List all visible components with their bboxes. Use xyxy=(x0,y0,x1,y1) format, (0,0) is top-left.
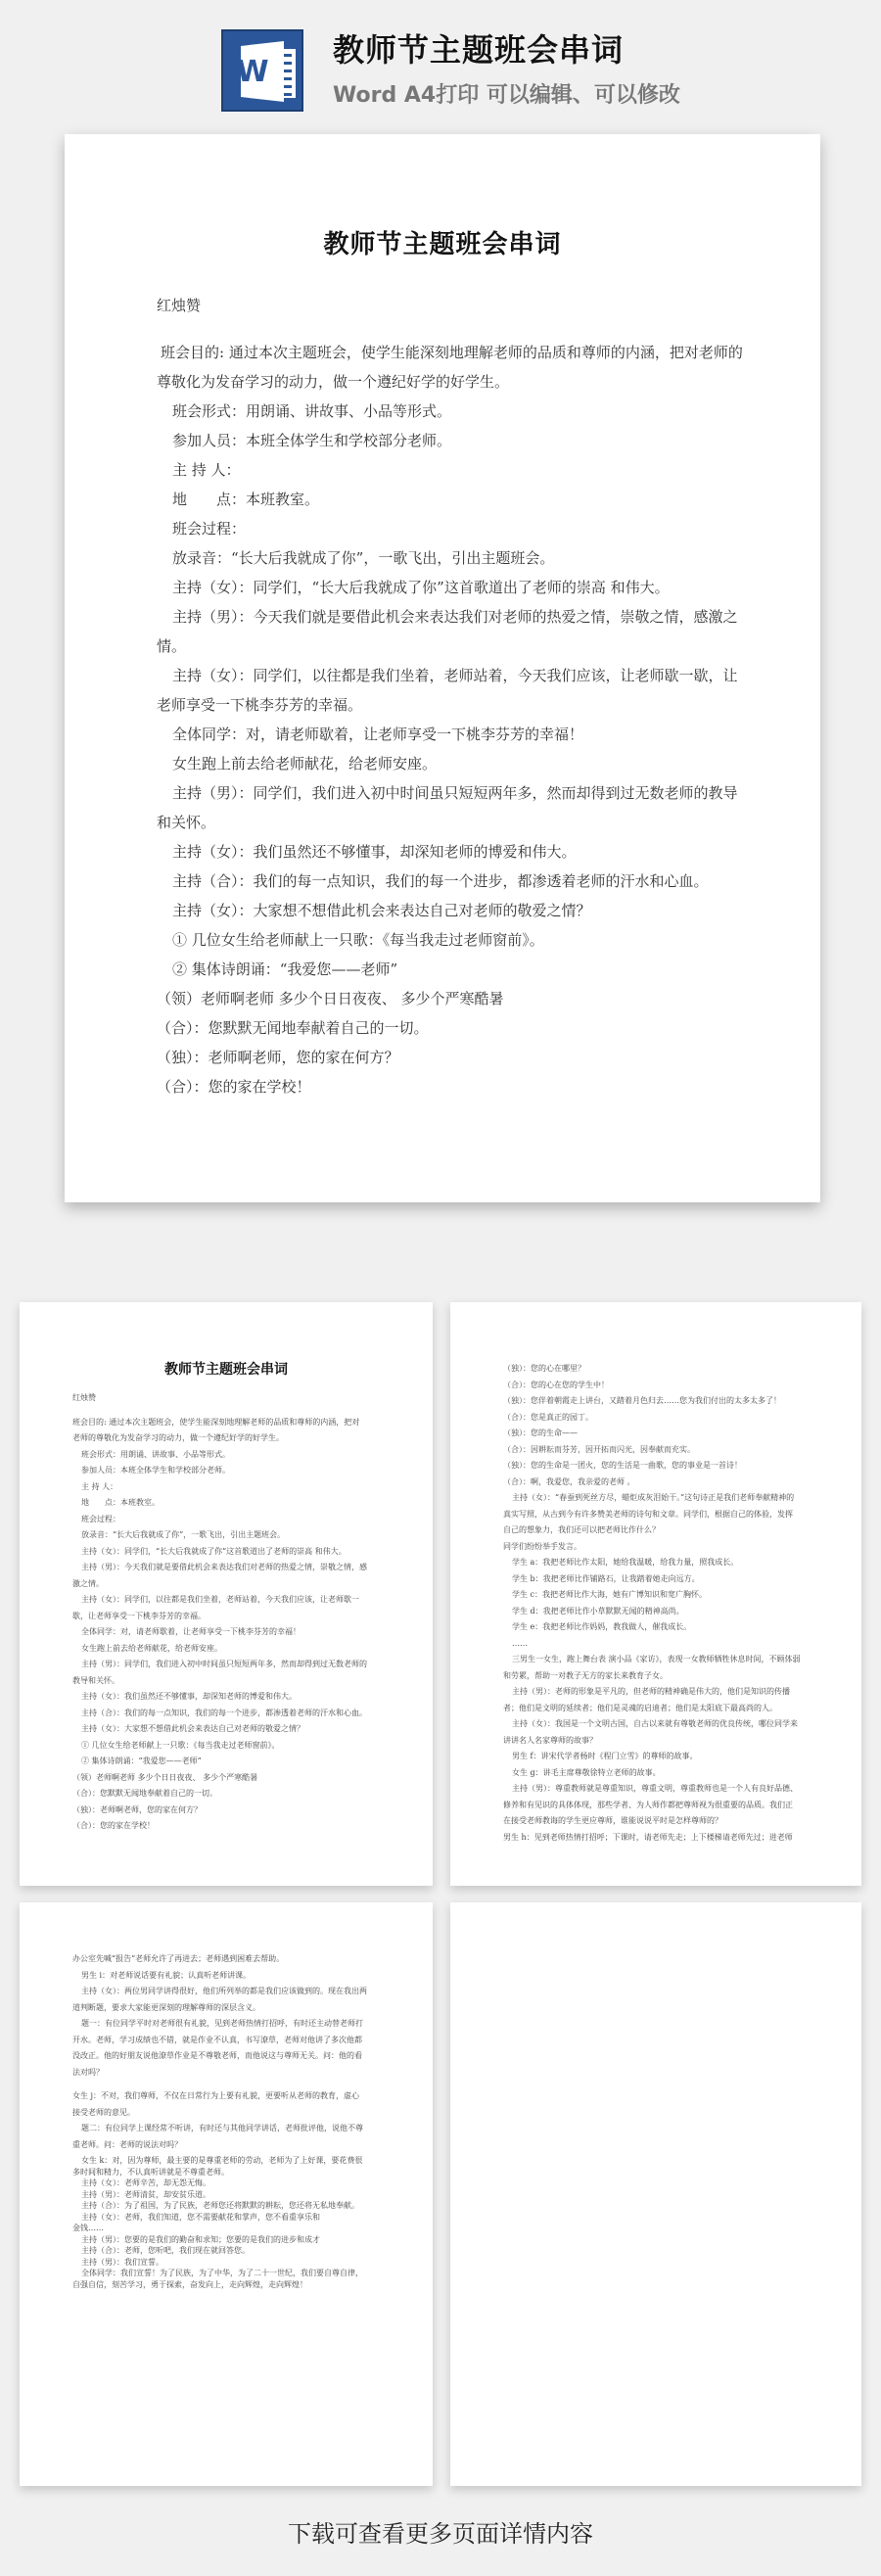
thumbnail-line: （独）：您伴着朝霞走上讲台，又踏着月色归去……您为我们付出的太多太多了！ xyxy=(503,1393,812,1410)
word-letter-icon: W xyxy=(233,51,272,94)
thumbnail-line: 没改正。他的好朋友说他潦草作业是不尊敬老师，而他说这与尊师无关。问：他的看 xyxy=(72,2048,382,2065)
thumbnail-line: 学生 c：我把老师比作大海，她有广博知识和宽广胸怀。 xyxy=(503,1587,812,1604)
thumbnail-line: 在接受老师教诲的学生更应尊师，谁能说说平时是怎样尊师的？ xyxy=(503,1813,812,1830)
header-title: 教师节主题班会串词 xyxy=(333,25,624,70)
document-page-preview: 教师节主题班会串词 红烛赞 班会目的: 通过本次主题班会，使学生能深刻地理解老师… xyxy=(65,134,820,1202)
thumbnail-line: 主持（女）：老师辛苦，却无怨无悔。 xyxy=(72,2178,382,2189)
thumbnail-line: 教导和关怀。 xyxy=(72,1673,382,1690)
paragraph: 主 持 人： xyxy=(157,455,744,485)
thumbnail-line: 女生 g：讲毛主席尊敬徐特立老师的故事。 xyxy=(503,1765,812,1782)
thumbnail-line: 放录音：“长大后我就成了你”，一歌飞出，引出主题班会。 xyxy=(72,1527,382,1544)
paragraph: 主持（男）：今天我们就是要借此机会来表达我们对老师的热爱之情，崇敬之情，感激之情… xyxy=(157,602,744,661)
paragraph: 班会目的: 通过本次主题班会，使学生能深刻地理解老师的品质和尊师的内涵，把对老师… xyxy=(157,338,744,397)
thumbnail-line: 自己的想象力，我们还可以把老师比作什么？ xyxy=(503,1522,812,1539)
page-thumbnail-4[interactable] xyxy=(450,1902,861,2486)
paragraph: （合）：您默默无闻地奉献着自己的一切。 xyxy=(157,1013,744,1043)
thumbnail-line: 男生 h：见到老师热情打招呼；下课时，请老师先走；上下楼梯请老师先过；进老师 xyxy=(503,1830,812,1847)
page-thumbnail-3[interactable]: 办公室先喊“报告”老师允许了再进去；老师遇到困难去帮助。 男生 i：对老师说话要… xyxy=(20,1902,433,2486)
thumbnail-line: 学生 b：我把老师比作铺路石，让我踏着她走向远方。 xyxy=(503,1571,812,1588)
thumbnail-line: 主持（女）：同学们，“长大后我就成了你”这首歌道出了老师的崇高 和伟大。 xyxy=(72,1544,382,1561)
thumbnail-line: 班会目的: 通过本次主题班会，使学生能深刻地理解老师的品质和尊师的内涵，把对 xyxy=(72,1415,382,1431)
thumbnail-line: ① 几位女生给老师献上一只歌：《每当我走过老师窗前》。 xyxy=(72,1738,382,1755)
thumbnail-line: 男生 i：对老师说话要有礼貌；认真听老师讲课。 xyxy=(72,1968,382,1985)
thumbnail-line: （独）：您的生命是一团火，您的生活是一曲歌，您的事业是一首诗！ xyxy=(503,1458,812,1475)
thumbnail-line: 主持（女）：两位男同学讲得很好，他们所列举的都是我们应该做到的。现在我出两 xyxy=(72,1984,382,2000)
thumbnail-line: 参加人员：本班全体学生和学校部分老师。 xyxy=(72,1463,382,1479)
paragraph: （领）老师啊老师 多少个日日夜夜、 多少个严寒酷暑 xyxy=(157,984,744,1013)
paragraph: 放录音：“长大后我就成了你”，一歌飞出，引出主题班会。 xyxy=(157,543,744,573)
thumbnail-line: （合）：您的心在您的学生中！ xyxy=(503,1378,812,1394)
thumbnail-line: 学生 a：我把老师比作太阳，她给我温暖，给我力量，照我成长。 xyxy=(503,1555,812,1571)
header-subtitle: Word A4打印 可以编辑、可以修改 xyxy=(333,78,680,109)
document-title: 教师节主题班会串词 xyxy=(65,224,820,260)
thumbnail-line: 和劳累，帮助一对教子无方的家长来教育子女。 xyxy=(503,1668,812,1685)
header-banner: W 教师节主题班会串词 Word A4打印 可以编辑、可以修改 xyxy=(0,0,881,127)
thumbnail-line: 老师的尊敬化为发奋学习的动力，做一个遵纪好学的好学生。 xyxy=(72,1430,382,1447)
thumbnail-line: 修养和有见识的具体体现，那些学者、为人师作都把尊师视为很重要的品质。我们正 xyxy=(503,1798,812,1814)
paragraph: 参加人员：本班全体学生和学校部分老师。 xyxy=(157,426,744,455)
page-thumbnail-2[interactable]: （独）：您的心在哪里？ （合）：您的心在您的学生中！ （独）：您伴着朝霞走上讲台… xyxy=(450,1302,861,1886)
paragraph: 主持（合）：我们的每一点知识，我们的每一个进步，都渗透着老师的汗水和心血。 xyxy=(157,866,744,896)
paragraph: 主持（女）：我们虽然还不够懂事，却深知老师的博爱和伟大。 xyxy=(157,837,744,866)
thumbnail-line: 讲讲名人名家尊师的故事？ xyxy=(503,1733,812,1750)
paragraph: 班会形式：用朗诵、讲故事、小品等形式。 xyxy=(157,397,744,426)
paragraph: 主持（女）：同学们，“长大后我就成了你”这首歌道出了老师的崇高 和伟大。 xyxy=(157,573,744,602)
thumbnail-line: 地 点：本班教室。 xyxy=(72,1495,382,1512)
thumbnail-line: 主持（女）：“春蚕到死丝方尽，蜡炬成灰泪始干。”这句诗正是我们老师奉献精神的 xyxy=(503,1490,812,1507)
thumbnail-line: 重老师。问：老师的说法对吗？ xyxy=(72,2137,382,2154)
thumbnail-line: （独）：您的心在哪里？ xyxy=(503,1361,812,1378)
thumbnail-line: 法对吗？ xyxy=(72,2065,382,2082)
thumbnail-line: （合）：因耕耘而芬芳，因开拓而闪光，因奉献而充实。 xyxy=(503,1442,812,1459)
paragraph: 主持（女）：同学们，以往都是我们坐着，老师站着，今天我们应该，让老师歇一歇，让老… xyxy=(157,661,744,720)
thumbnail-line: （独）：老师啊老师，您的家在何方？ xyxy=(72,1803,382,1819)
thumbnail-line: 主持（男）：我们宣誓。 xyxy=(72,2257,382,2269)
thumbnail-line: 主持（男）：尊重教师就是尊重知识，尊重文明，尊重教师也是一个人有良好品德、 xyxy=(503,1781,812,1798)
document-body: 红烛赞 班会目的: 通过本次主题班会，使学生能深刻地理解老师的品质和尊师的内涵，… xyxy=(157,291,744,1101)
thumbnail-line: （合）：您默默无闻地奉献着自己的一切。 xyxy=(72,1786,382,1803)
thumbnail-line: 主持（女）：大家想不想借此机会来表达自己对老师的敬爱之情？ xyxy=(72,1721,382,1738)
thumbnail-line: 班会过程： xyxy=(72,1512,382,1528)
paragraph: 班会过程： xyxy=(157,514,744,543)
thumbnail-line: 多时间和精力，不认真听讲就是不尊重老师。 xyxy=(72,2167,382,2178)
thumbnail-line: （独）：您的生命—— xyxy=(503,1426,812,1442)
thumbnail-body: （独）：您的心在哪里？ （合）：您的心在您的学生中！ （独）：您伴着朝霞走上讲台… xyxy=(503,1361,812,1846)
thumbnail-line: 学生 e：我把老师比作妈妈，教我做人，催我成长。 xyxy=(503,1619,812,1636)
thumbnail-line: 主持（合）：我们的每一点知识，我们的每一个进步，都渗透着老师的汗水和心血。 xyxy=(72,1706,382,1722)
thumbnail-line: 红烛赞 xyxy=(72,1390,382,1407)
thumbnail-line: 激之情。 xyxy=(72,1576,382,1593)
paragraph: （合）：您的家在学校！ xyxy=(157,1072,744,1101)
thumbnail-line: 主持（合）：为了祖国，为了民族，老师您还将默默的耕耘，您还将无私地奉献。 xyxy=(72,2200,382,2212)
thumbnail-title: 教师节主题班会串词 xyxy=(20,1359,433,1379)
paragraph: 主持（男）：同学们，我们进入初中时间虽只短短两年多，然而却得到过无数老师的教导和… xyxy=(157,778,744,837)
thumbnail-line: 主持（男）：老师清贫，却安贫乐道。 xyxy=(72,2189,382,2201)
thumbnail-body: 办公室先喊“报告”老师允许了再进去；老师遇到困难去帮助。 男生 i：对老师说话要… xyxy=(72,1951,382,2153)
thumbnail-line: 道判断题，要求大家能更深刻的理解尊师的深层含义。 xyxy=(72,2000,382,2017)
paragraph: 地 点：本班教室。 xyxy=(157,485,744,514)
paragraph: ① 几位女生给老师献上一只歌：《每当我走过老师窗前》。 xyxy=(157,925,744,955)
word-document-icon: W xyxy=(221,29,303,112)
thumbnail-line: 主持（女）：老师，我们知道，您不需要献花和掌声，您不看重享乐和 xyxy=(72,2212,382,2224)
paragraph: 女生跑上前去给老师献花，给老师安座。 xyxy=(157,749,744,778)
thumbnail-line: 男生 f：讲宋代学者杨时《程门立雪》的尊师的故事。 xyxy=(503,1749,812,1765)
thumbnail-line: 主持（女）：我国是一个文明古国，自古以来就有尊敬老师的优良传统，哪位同学来 xyxy=(503,1716,812,1733)
thumbnail-line: 全体同学：我们宣誓！为了民族，为了中华，为了二十一世纪，我们要自尊自律， xyxy=(72,2268,382,2279)
thumbnail-line: 办公室先喊“报告”老师允许了再进去；老师遇到困难去帮助。 xyxy=(72,1951,382,1968)
paragraph: 全体同学：对，请老师歇着，让老师享受一下桃李芬芳的幸福！ xyxy=(157,720,744,749)
thumbnail-line: 题一：有位同学平时对老师很有礼貌，见到老师热情打招呼，有时还主动替老师打 xyxy=(72,2016,382,2033)
thumbnail-line: 者；他们是文明的延续者；他们是灵魂的启迪者；他们是太阳底下最高尚的人。 xyxy=(503,1701,812,1717)
thumbnail-line: 主持（男）：今天我们就是要借此机会来表达我们对老师的热爱之情，崇敬之情，感 xyxy=(72,1560,382,1576)
thumbnail-line: …… xyxy=(503,1636,812,1653)
thumbnail-line: 女生跑上前去给老师献花，给老师安座。 xyxy=(72,1641,382,1658)
thumbnail-line: 接受老师的意见。 xyxy=(72,2105,382,2122)
page-thumbnail-1[interactable]: 教师节主题班会串词 红烛赞 班会目的: 通过本次主题班会，使学生能深刻地理解老师… xyxy=(20,1302,433,1886)
thumbnail-line: （合）：您是真正的园丁。 xyxy=(503,1410,812,1427)
thumbnail-line: 主持（男）：同学们，我们进入初中时间虽只短短两年多，然而却得到过无数老师的 xyxy=(72,1657,382,1673)
paragraph: 主持（女）：大家想不想借此机会来表达自己对老师的敬爱之情？ xyxy=(157,896,744,925)
thumbnail-line: 全体同学：对，请老师歇着，让老师享受一下桃李芬芳的幸福！ xyxy=(72,1624,382,1641)
download-more-text[interactable]: 下载可查看更多页面详情内容 xyxy=(0,2514,881,2549)
document-author: 红烛赞 xyxy=(157,291,744,320)
thumbnail-line: 女生 k：对，因为尊师，最主要的是尊重老师的劳动，老师为了上好课，要花费很 xyxy=(72,2155,382,2167)
thumbnail-line: （领）老师啊老师 多少个日日夜夜、 多少个严寒酷暑 xyxy=(72,1770,382,1787)
thumbnail-body-dense: 女生 k：对，因为尊师，最主要的是尊重老师的劳动，老师为了上好课，要花费很 多时… xyxy=(72,2155,382,2290)
thumbnail-line: （合）：您的家在学校！ xyxy=(72,1818,382,1835)
thumbnail-line: 主持（合）：老师，您听吧，我们现在就回答您。 xyxy=(72,2245,382,2257)
thumbnail-line: 主 持 人： xyxy=(72,1479,382,1496)
thumbnail-line: 主持（女）：我们虽然还不够懂事，却深知老师的博爱和伟大。 xyxy=(72,1689,382,1706)
thumbnail-line: 主持（女）：同学们，以往都是我们坐着，老师站着，今天我们应该，让老师歇一 xyxy=(72,1592,382,1609)
thumbnail-line: 真实写照，从古到今有许多赞美老师的诗句和文章。同学们，根据自己的体验，发挥 xyxy=(503,1507,812,1523)
thumbnail-line: ② 集体诗朗诵：“我爱您——老师” xyxy=(72,1754,382,1770)
thumbnail-line: 自强自信，刻苦学习，勇于探索，奋发向上，走向辉煌，走向辉煌！ xyxy=(72,2279,382,2291)
thumbnail-line: （合）：啊，我爱您，我亲爱的老师 。 xyxy=(503,1475,812,1491)
thumbnail-line: 金钱…… xyxy=(72,2223,382,2234)
paragraph: ② 集体诗朗诵：“我爱您——老师” xyxy=(157,955,744,984)
thumbnail-body: 红烛赞 班会目的: 通过本次主题班会，使学生能深刻地理解老师的品质和尊师的内涵，… xyxy=(72,1390,382,1835)
thumbnail-line: 题二：有位同学上课经常不听讲，有时还与其他同学讲话，老师批评他，说他不尊 xyxy=(72,2121,382,2137)
thumbnail-line: 班会形式：用朗诵、讲故事、小品等形式。 xyxy=(72,1447,382,1464)
thumbnail-line: 主持（男）：老师的形象是平凡的，但老师的精神确是伟大的，他们是知识的传播 xyxy=(503,1684,812,1701)
thumbnail-line: 同学们纷纷举手发言。 xyxy=(503,1539,812,1556)
thumbnail-line: 女生 j：不对，我们尊师，不仅在日常行为上要有礼貌，更要听从老师的教育，虚心 xyxy=(72,2088,382,2105)
thumbnail-line: 主持（男）：您要的是我们的勤奋和求知；您要的是我们的进步和成才 xyxy=(72,2234,382,2246)
thumbnail-line: 学生 d：我把老师比作小草默默无闻的精神高尚。 xyxy=(503,1604,812,1620)
thumbnail-line: 开水。老师，学习成绩也不错，就是作业不认真，书写潦草，老师对他讲了多次他都 xyxy=(72,2033,382,2049)
paragraph: （独）：老师啊老师，您的家在何方？ xyxy=(157,1043,744,1072)
thumbnail-line: 歇，让老师享受一下桃李芬芳的幸福。 xyxy=(72,1609,382,1625)
thumbnail-line: 三男生一女生，跑上舞台表 演小品《家访》，表现一女教师牺牲休息时间，不顾体弱 xyxy=(503,1652,812,1668)
